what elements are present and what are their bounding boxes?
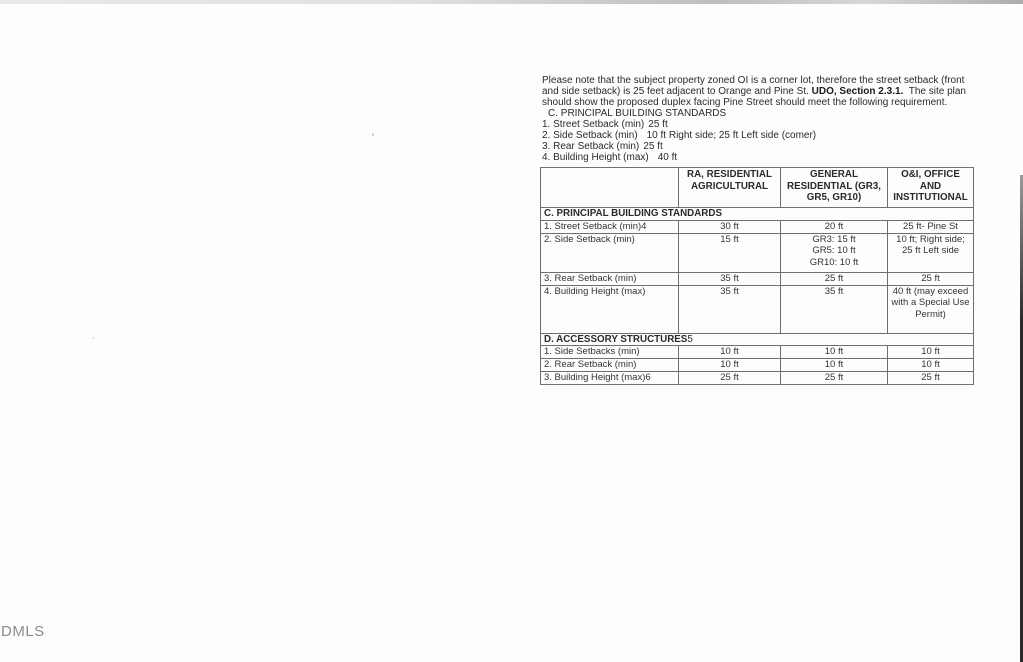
cell-gr: 20 ft xyxy=(781,220,888,233)
section-title: D. ACCESSORY STRUCTURES5 xyxy=(541,333,974,346)
cell-ra: 10 ft xyxy=(679,359,781,372)
table-row: 1. Street Setback (min)4 30 ft 20 ft 25 … xyxy=(541,220,974,233)
notice-heading: C. PRINCIPAL BUILDING STANDARDS xyxy=(542,108,982,119)
row-label: 3. Rear Setback (min) xyxy=(541,272,679,285)
header-blank xyxy=(541,168,679,208)
table-row: 3. Building Height (max)6 25 ft 25 ft 25… xyxy=(541,372,974,385)
scan-speck xyxy=(372,133,374,136)
zoning-standards-table: RA, RESIDENTIAL AGRICULTURAL GENERAL RES… xyxy=(540,167,974,385)
requirement-item: 2. Side Setback (min)10 ft Right side; 2… xyxy=(542,130,982,141)
row-label: 1. Side Setbacks (min) xyxy=(541,346,679,359)
cell-ra: 35 ft xyxy=(679,272,781,285)
requirements-list: 1. Street Setback (min)25 ft 2. Side Set… xyxy=(542,119,982,163)
cell-ra: 30 ft xyxy=(679,220,781,233)
cell-oi: 25 ft xyxy=(888,372,974,385)
cell-gr: 25 ft xyxy=(781,372,888,385)
table-header-row: RA, RESIDENTIAL AGRICULTURAL GENERAL RES… xyxy=(541,168,974,208)
requirement-item: 1. Street Setback (min)25 ft xyxy=(542,119,982,130)
table-row: 3. Rear Setback (min) 35 ft 25 ft 25 ft xyxy=(541,272,974,285)
cell-gr: 10 ft xyxy=(781,359,888,372)
cell-oi: 40 ft (may exceed with a Special Use Per… xyxy=(888,285,974,333)
cell-ra: 10 ft xyxy=(679,346,781,359)
cell-ra: 15 ft xyxy=(679,233,781,272)
scan-top-edge xyxy=(0,0,1023,4)
row-label: 4. Building Height (max) xyxy=(541,285,679,333)
notice-line-2: and side setback) is 25 feet adjacent to… xyxy=(542,86,982,97)
row-label: 2. Side Setback (min) xyxy=(541,233,679,272)
row-label: 2. Rear Setback (min) xyxy=(541,359,679,372)
requirement-item: 3. Rear Setback (min)25 ft xyxy=(542,141,982,152)
cell-gr: GR3: 15 ft GR5: 10 ft GR10: 10 ft xyxy=(781,233,888,272)
notice-line-1: Please note that the subject property zo… xyxy=(542,75,982,86)
cell-oi: 10 ft; Right side; 25 ft Left side xyxy=(888,233,974,272)
row-label: 3. Building Height (max)6 xyxy=(541,372,679,385)
cell-ra: 35 ft xyxy=(679,285,781,333)
cell-oi: 25 ft- Pine St xyxy=(888,220,974,233)
notice-line-3: should show the proposed duplex facing P… xyxy=(542,97,982,108)
cell-gr: 25 ft xyxy=(781,272,888,285)
section-row: C. PRINCIPAL BUILDING STANDARDS xyxy=(541,208,974,221)
table-row: 2. Side Setback (min) 15 ft GR3: 15 ft G… xyxy=(541,233,974,272)
scan-speck xyxy=(93,337,94,339)
cell-gr: 10 ft xyxy=(781,346,888,359)
zoning-notice: Please note that the subject property zo… xyxy=(542,75,982,163)
cell-oi: 25 ft xyxy=(888,272,974,285)
section-row: D. ACCESSORY STRUCTURES5 xyxy=(541,333,974,346)
table-row: 1. Side Setbacks (min) 10 ft 10 ft 10 ft xyxy=(541,346,974,359)
requirement-item: 4. Building Height (max)40 ft xyxy=(542,152,982,163)
cell-ra: 25 ft xyxy=(679,372,781,385)
table-row: 2. Rear Setback (min) 10 ft 10 ft 10 ft xyxy=(541,359,974,372)
cell-oi: 10 ft xyxy=(888,346,974,359)
header-oi: O&I, OFFICE AND INSTITUTIONAL xyxy=(888,168,974,208)
cell-oi: 10 ft xyxy=(888,359,974,372)
section-title: C. PRINCIPAL BUILDING STANDARDS xyxy=(541,208,974,221)
watermark-logo: DMLS xyxy=(1,623,45,640)
table-row: 4. Building Height (max) 35 ft 35 ft 40 … xyxy=(541,285,974,333)
header-ra: RA, RESIDENTIAL AGRICULTURAL xyxy=(679,168,781,208)
header-gr: GENERAL RESIDENTIAL (GR3, GR5, GR10) xyxy=(781,168,888,208)
cell-gr: 35 ft xyxy=(781,285,888,333)
udo-section-reference: UDO, Section 2.3.1. xyxy=(812,86,904,97)
row-label: 1. Street Setback (min)4 xyxy=(541,220,679,233)
